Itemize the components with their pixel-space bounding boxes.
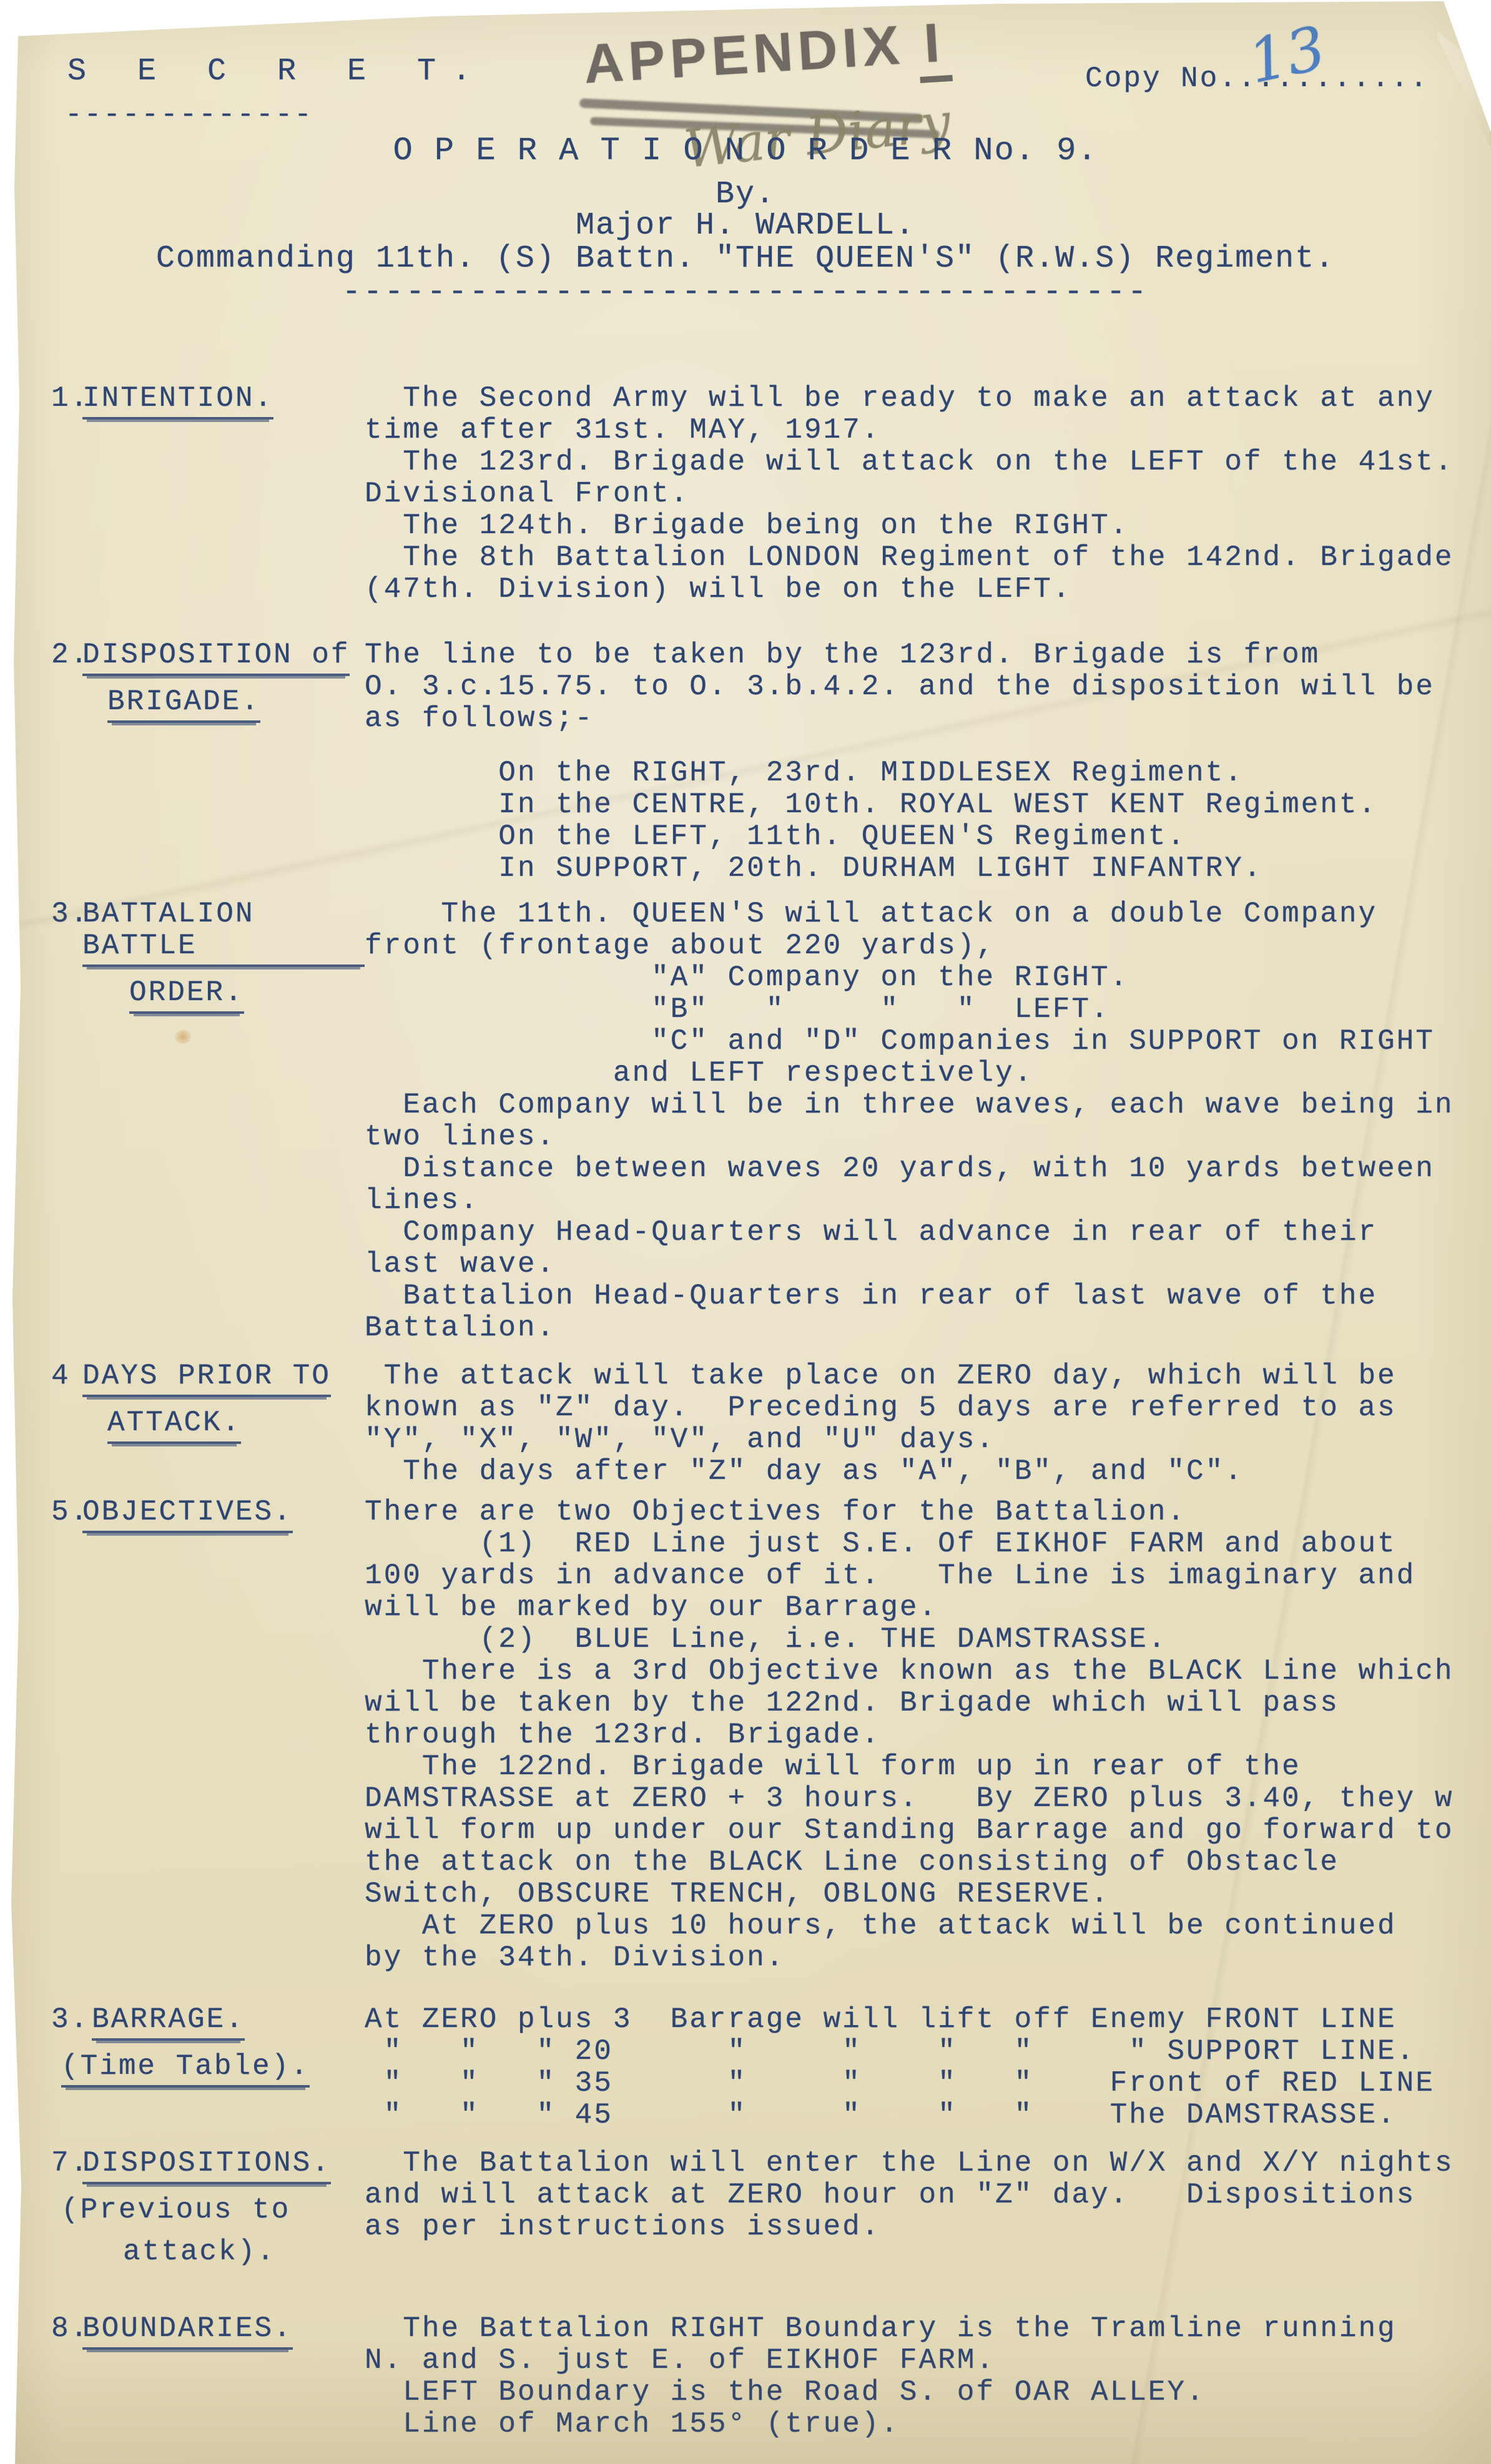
section-body: The Battalion RIGHT Boundary is the Tram… — [365, 2313, 1456, 2440]
section-label-text: INTENTION. — [82, 383, 273, 420]
section-label-text: BOUNDARIES. — [82, 2313, 293, 2350]
section-number: 3. — [51, 898, 82, 1344]
section-row: 3.BATTALION BATTLEORDER. The 11th. QUEEN… — [0, 898, 1491, 1344]
by-line: By. — [0, 177, 1491, 212]
section-label-text: OBJECTIVES. — [82, 1496, 293, 1533]
body-paragraph: The line to be taken by the 123rd. Briga… — [365, 639, 1456, 735]
body-paragraph: The 122nd. Brigade will form up in rear … — [365, 1751, 1456, 1974]
body-paragraph: There are two Objectives for the Battali… — [365, 1496, 1456, 1528]
section-label: BARRAGE.(Time Table). — [82, 2004, 365, 2131]
section-row: 7.DISPOSITIONS.(Previous toattack). The … — [0, 2147, 1491, 2278]
section-label-text: (Previous to — [61, 2194, 290, 2226]
body-paragraph: The 11th. QUEEN'S will attack on a doubl… — [365, 898, 1456, 962]
section-number: 1. — [51, 383, 82, 606]
section-label-text: BARRAGE. — [92, 2004, 245, 2041]
section-label: BOUNDARIES. — [82, 2313, 365, 2440]
section-label-text: (Time Table). — [61, 2051, 310, 2088]
body-paragraph: The Second Army will be ready to make an… — [365, 383, 1456, 446]
section-row: 1.INTENTION. The Second Army will be rea… — [0, 383, 1491, 606]
section-body: The 11th. QUEEN'S will attack on a doubl… — [365, 898, 1456, 1344]
section-number: 8. — [51, 2313, 82, 2440]
document-header: S E C R E T. ------------- APPENDIXI War… — [0, 0, 1491, 346]
section-label: INTENTION. — [82, 383, 365, 606]
section-row: 5.OBJECTIVES.There are two Objectives fo… — [0, 1496, 1491, 1974]
section-row: 3.BARRAGE.(Time Table).At ZERO plus 3 Ba… — [0, 2004, 1491, 2131]
section-row: 4DAYS PRIOR TOATTACK. The attack will ta… — [0, 1360, 1491, 1488]
section-body: The attack will take place on ZERO day, … — [365, 1360, 1456, 1488]
section-label: DISPOSITION ofBRIGADE. — [82, 639, 365, 885]
body-paragraph: The Battalion RIGHT Boundary is the Tram… — [365, 2313, 1456, 2440]
section-number: 2. — [51, 639, 82, 885]
appendix-pencil-annotation: APPENDIXI — [582, 10, 953, 104]
body-paragraph: The 123rd. Brigade will attack on the LE… — [365, 446, 1456, 510]
section-label: DAYS PRIOR TOATTACK. — [82, 1360, 365, 1488]
section-label: OBJECTIVES. — [82, 1496, 365, 1974]
body-paragraph: There is a 3rd Objective known as the BL… — [365, 1656, 1456, 1751]
commanding-line: Commanding 11th. (S) Battn. "THE QUEEN'S… — [0, 241, 1491, 277]
body-paragraph: Company Head-Quarters will advance in re… — [365, 1217, 1456, 1280]
section-body: The Battalion will enter the Line on W/X… — [365, 2147, 1456, 2278]
section-label: DISPOSITIONS.(Previous toattack). — [82, 2147, 365, 2278]
section-label-text: BATTALION BATTLE — [82, 898, 365, 967]
section-label-text: DISPOSITION of — [82, 639, 350, 676]
section-label-text: BRIGADE. — [107, 686, 260, 723]
scanned-document-page: S E C R E T. ------------- APPENDIXI War… — [0, 0, 1491, 2464]
section-label-text: DISPOSITIONS. — [82, 2147, 331, 2184]
appendix-word: APPENDIX — [582, 14, 906, 95]
body-paragraph: (2) BLUE Line, i.e. THE DAMSTRASSE. — [365, 1624, 1456, 1656]
order-sections: 1.INTENTION. The Second Army will be rea… — [0, 383, 1491, 2440]
barrage-timetable: At ZERO plus 3 Barrage will lift off Ene… — [365, 2004, 1456, 2131]
section-label: BATTALION BATTLEORDER. — [82, 898, 365, 1344]
body-paragraph: Each Company will be in three waves, eac… — [365, 1089, 1456, 1153]
section-number: 5. — [51, 1496, 82, 1974]
body-paragraph: "A" Company on the RIGHT. "B" " " " LEFT… — [365, 962, 1456, 1089]
paper-stain — [175, 1030, 191, 1044]
body-paragraph: The Battalion will enter the Line on W/X… — [365, 2147, 1456, 2243]
body-paragraph: The attack will take place on ZERO day, … — [365, 1360, 1456, 1488]
body-paragraph: Distance between waves 20 yards, with 10… — [365, 1153, 1456, 1217]
section-number: 4 — [51, 1360, 82, 1488]
body-paragraph: Battalion Head-Quarters in rear of last … — [365, 1280, 1456, 1344]
section-label-text: ORDER. — [129, 977, 244, 1014]
section-body: At ZERO plus 3 Barrage will lift off Ene… — [365, 2004, 1456, 2131]
secret-classification-label: S E C R E T. — [67, 54, 487, 89]
body-paragraph: The 8th Battalion LONDON Regiment of the… — [365, 542, 1456, 606]
operation-order-title: O P E R A T I O N O R D E R No. 9. — [0, 132, 1491, 169]
appendix-numeral: I — [916, 10, 953, 83]
body-paragraph: The 124th. Brigade being on the RIGHT. — [365, 510, 1456, 542]
author-line: Major H. WARDELL. — [0, 208, 1491, 243]
section-label-text: DAYS PRIOR TO — [82, 1360, 331, 1397]
secret-underline: ------------- — [65, 99, 313, 131]
section-row: 8.BOUNDARIES. The Battalion RIGHT Bounda… — [0, 2313, 1491, 2440]
section-label-text: ATTACK. — [107, 1407, 241, 1444]
section-body: The Second Army will be ready to make an… — [365, 383, 1456, 606]
body-paragraph: On the RIGHT, 23rd. MIDDLESEX Regiment. … — [365, 757, 1456, 885]
section-label-text: attack). — [123, 2236, 276, 2268]
section-body: The line to be taken by the 123rd. Briga… — [365, 639, 1456, 885]
section-row: 2.DISPOSITION ofBRIGADE.The line to be t… — [0, 639, 1491, 885]
section-body: There are two Objectives for the Battali… — [365, 1496, 1456, 1974]
title-separator-dashes: -------------------------------------- — [0, 275, 1491, 310]
paper-sheet: S E C R E T. ------------- APPENDIXI War… — [0, 0, 1491, 2464]
body-paragraph: (1) RED Line just S.E. Of EIKHOF FARM an… — [365, 1528, 1456, 1624]
